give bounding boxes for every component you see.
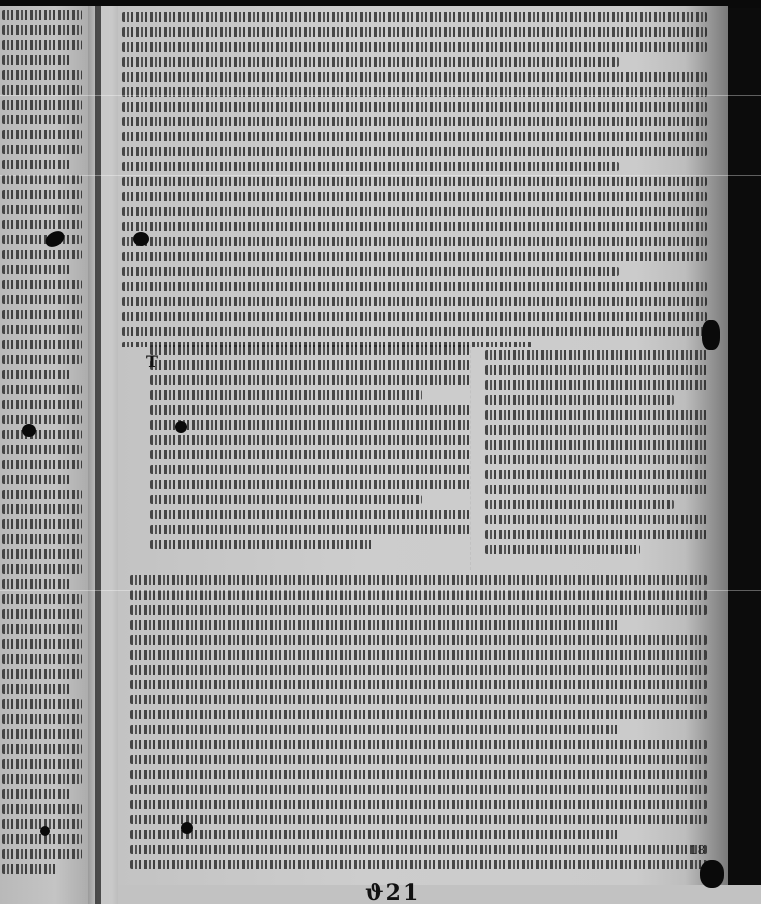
manuscript-line: [485, 455, 707, 465]
manuscript-line: [2, 100, 82, 110]
manuscript-line: [485, 500, 674, 510]
manuscript-line: [2, 190, 82, 200]
manuscript-line: [150, 375, 470, 385]
manuscript-line: [122, 237, 707, 247]
manuscript-line: [2, 654, 82, 664]
manuscript-line: [130, 620, 620, 630]
manuscript-line: [485, 410, 707, 420]
manuscript-line: [122, 267, 619, 277]
ink-blot: [22, 424, 36, 437]
manuscript-line: [130, 710, 707, 720]
manuscript-line: [122, 177, 707, 187]
manuscript-line: [122, 147, 707, 157]
manuscript-line: [130, 860, 707, 870]
manuscript-line: [2, 385, 82, 395]
main-text-bottom: [130, 575, 707, 875]
manuscript-line: [2, 220, 82, 230]
manuscript-line: [2, 490, 82, 500]
manuscript-line: [2, 849, 82, 859]
inset-text-block: [150, 345, 471, 570]
manuscript-line: [150, 480, 470, 490]
manuscript-line: [2, 639, 82, 649]
manuscript-line: [2, 684, 70, 694]
manuscript-line: [150, 405, 470, 415]
manuscript-line: [122, 327, 707, 337]
manuscript-line: [122, 162, 619, 172]
manuscript-line: [2, 774, 82, 784]
manuscript-line: [2, 370, 70, 380]
scan-scratch: [0, 95, 761, 96]
binding-line: [95, 6, 101, 904]
manuscript-line: [130, 755, 707, 765]
manuscript-line: [2, 40, 82, 50]
manuscript-line: [122, 297, 707, 307]
manuscript-line: [2, 669, 82, 679]
manuscript-line: [122, 27, 707, 37]
manuscript-line: [2, 549, 82, 559]
manuscript-line: [485, 350, 707, 360]
manuscript-line: [2, 789, 70, 799]
manuscript-line: [122, 102, 707, 112]
main-text-top: [122, 12, 707, 347]
manuscript-line: [122, 42, 707, 52]
ink-blot: [181, 822, 193, 834]
manuscript-line: [130, 590, 707, 600]
manuscript-line: [2, 564, 82, 574]
manuscript-line: [122, 312, 707, 322]
manuscript-line: [2, 729, 82, 739]
manuscript-line: [130, 785, 707, 795]
manuscript-line: [2, 145, 82, 155]
manuscript-line: [130, 680, 707, 690]
margin-number: 18: [690, 843, 705, 857]
manuscript-line: [2, 445, 82, 455]
binding-gutter: [88, 6, 122, 904]
manuscript-line: [122, 132, 707, 142]
manuscript-line: [2, 25, 82, 35]
manuscript-line: [150, 450, 470, 460]
manuscript-line: [130, 830, 620, 840]
manuscript-line: [122, 222, 707, 232]
manuscript-line: [2, 280, 82, 290]
manuscript-line: [130, 635, 707, 645]
manuscript-line: [122, 12, 707, 22]
manuscript-line: [130, 845, 707, 855]
manuscript-line: [2, 130, 82, 140]
manuscript-line: [2, 295, 82, 305]
scan-scratch: [0, 175, 761, 176]
manuscript-line: [150, 390, 422, 400]
manuscript-line: [150, 510, 470, 520]
ink-smudge: [702, 320, 720, 350]
manuscript-line: [2, 400, 82, 410]
manuscript-line: [150, 345, 470, 355]
manuscript-line: [2, 205, 82, 215]
manuscript-line: [2, 340, 82, 350]
manuscript-line: [485, 365, 707, 375]
manuscript-line: [485, 395, 674, 405]
manuscript-line: [485, 380, 707, 390]
scan-scratch: [0, 590, 761, 591]
manuscript-line: [2, 594, 82, 604]
manuscript-line: [485, 515, 707, 525]
manuscript-line: [150, 420, 470, 430]
manuscript-line: [150, 495, 422, 505]
folio-number: ϑ21: [365, 880, 420, 904]
manuscript-line: [130, 740, 707, 750]
manuscript-line: [2, 160, 70, 170]
ink-blot: [133, 232, 149, 246]
manuscript-line: [130, 800, 707, 810]
manuscript-line: [122, 207, 707, 217]
manuscript-line: [150, 465, 470, 475]
bottom-margin: [118, 885, 761, 904]
manuscript-line: [2, 85, 82, 95]
manuscript-line: [150, 540, 374, 550]
manuscript-line: [2, 744, 82, 754]
manuscript-line: [2, 115, 82, 125]
ink-blot: [175, 421, 187, 433]
manuscript-line: [150, 360, 470, 370]
manuscript-line: [130, 575, 707, 585]
left-text-column: [2, 10, 82, 890]
manuscript-line: [2, 475, 70, 485]
manuscript-line: [2, 804, 82, 814]
manuscript-line: [122, 57, 619, 67]
manuscript-scan: T 18 ϑ21: [0, 0, 761, 904]
manuscript-line: [130, 665, 707, 675]
manuscript-line: [130, 695, 707, 705]
manuscript-line: [130, 815, 707, 825]
manuscript-line: [2, 504, 82, 514]
manuscript-line: [122, 252, 707, 262]
manuscript-line: [150, 435, 470, 445]
manuscript-line: [485, 440, 707, 450]
manuscript-line: [2, 70, 82, 80]
manuscript-line: [2, 310, 82, 320]
manuscript-line: [2, 714, 82, 724]
manuscript-line: [2, 235, 82, 245]
manuscript-line: [2, 175, 82, 185]
manuscript-line: [485, 470, 707, 480]
ink-smudge: [700, 860, 724, 888]
manuscript-line: [122, 72, 707, 82]
manuscript-line: [130, 650, 707, 660]
manuscript-line: [485, 530, 707, 540]
ink-blot: [40, 826, 50, 836]
manuscript-line: [2, 325, 82, 335]
manuscript-line: [485, 485, 707, 495]
manuscript-line: [150, 525, 470, 535]
manuscript-line: [2, 624, 82, 634]
manuscript-line: [2, 430, 82, 440]
manuscript-line: [2, 55, 70, 65]
manuscript-line: [2, 10, 82, 20]
manuscript-line: [2, 609, 82, 619]
manuscript-line: [2, 579, 70, 589]
manuscript-line: [2, 250, 82, 260]
manuscript-line: [122, 117, 707, 127]
manuscript-line: [2, 699, 82, 709]
initial-letter: T: [146, 352, 158, 371]
manuscript-line: [2, 265, 70, 275]
manuscript-line: [130, 770, 707, 780]
manuscript-line: [2, 759, 82, 769]
manuscript-line: [2, 460, 82, 470]
manuscript-line: [122, 282, 707, 292]
manuscript-line: [485, 545, 640, 555]
manuscript-line: [2, 415, 82, 425]
manuscript-line: [122, 192, 707, 202]
manuscript-line: [2, 355, 82, 365]
manuscript-line: [2, 519, 82, 529]
side-text-column: [485, 350, 707, 565]
manuscript-line: [2, 534, 82, 544]
manuscript-line: [2, 864, 58, 874]
manuscript-line: [485, 425, 707, 435]
manuscript-line: [130, 725, 620, 735]
manuscript-line: [130, 605, 707, 615]
